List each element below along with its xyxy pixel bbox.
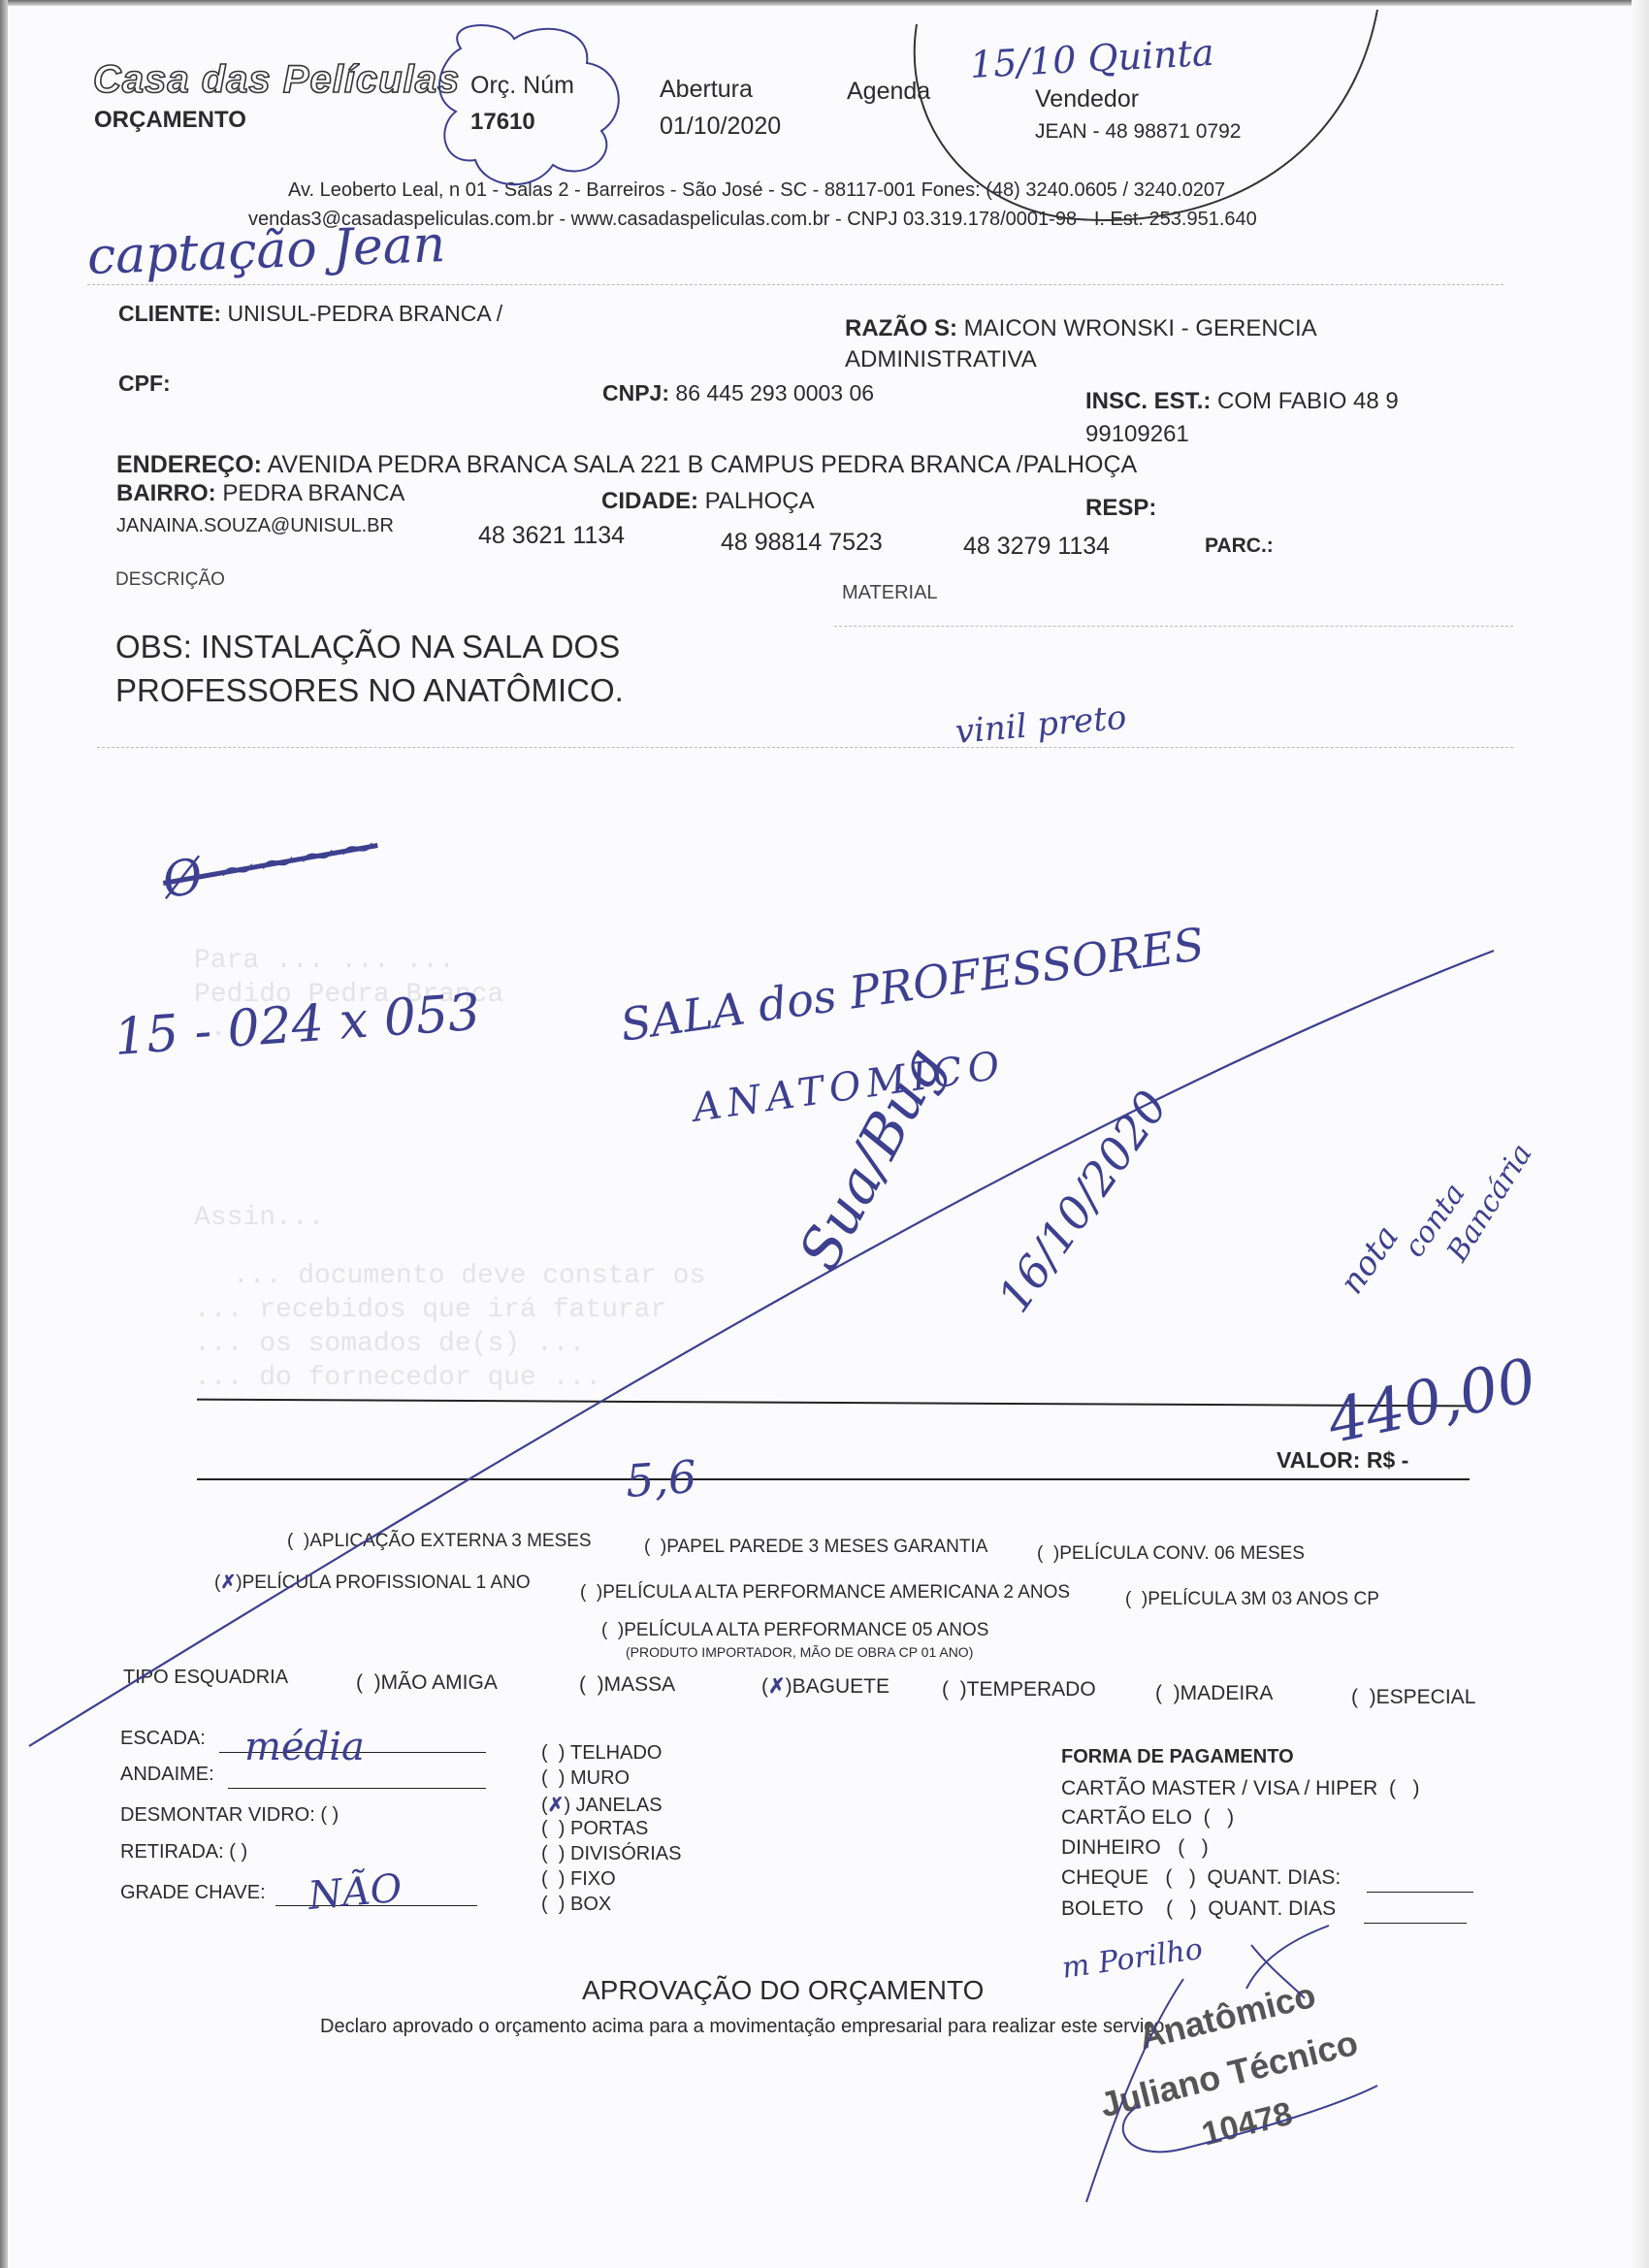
andaime-line[interactable]: [228, 1788, 486, 1789]
approval-title: APROVAÇÃO DO ORÇAMENTO: [582, 1975, 984, 2006]
hand-material: vinil preto: [954, 698, 1128, 752]
option-mao-amiga[interactable]: ( )MÃO AMIGA: [356, 1671, 498, 1695]
option-madeira[interactable]: ( )MADEIRA: [1155, 1682, 1273, 1705]
payment-dinheiro[interactable]: DINHEIRO ( ): [1061, 1836, 1209, 1860]
retirada-row[interactable]: RETIRADA: ( ): [120, 1841, 247, 1863]
material-label: MATERIAL: [842, 582, 938, 604]
option-massa[interactable]: ( )MASSA: [579, 1673, 675, 1697]
check-mark-icon: ✗: [768, 1675, 786, 1698]
option-pelicula-3m[interactable]: ( )PELÍCULA 3M 03 ANOS CP: [1125, 1589, 1379, 1610]
razao-row: RAZÃO S: MAICON WRONSKI - GERENCIA: [845, 315, 1317, 342]
ghost-line: ... recebidos que irá faturar: [194, 1295, 666, 1325]
bairro-value: PEDRA BRANCA: [222, 480, 404, 506]
scan-edge-left: [0, 0, 8, 2268]
cidade-row: CIDADE: PALHOÇA: [601, 488, 815, 515]
abertura-value: 01/10/2020: [660, 113, 781, 141]
option-especial[interactable]: ( )ESPECIAL: [1351, 1686, 1475, 1709]
ghost-line: ... do fornecedor que ...: [194, 1363, 601, 1393]
bairro-label: BAIRRO:: [116, 480, 216, 506]
insc-value: COM FABIO 48 9: [1217, 388, 1399, 414]
hand-scribble: Ø ~~~~: [158, 816, 382, 909]
hand-diag-note-2: 16/10/2020: [987, 1081, 1178, 1321]
hand-escada: média: [244, 1725, 365, 1769]
hand-agenda-note: 15/10 Quinta: [969, 31, 1215, 86]
bairro-row: BAIRRO: PEDRA BRANCA: [116, 480, 404, 507]
client-phone-3: 48 3279 1134: [963, 533, 1110, 561]
ghost-line: Assin...: [194, 1203, 324, 1233]
endereco-label: ENDEREÇO:: [116, 451, 262, 478]
abertura-label: Abertura: [660, 76, 753, 104]
option-alta-performance-americana[interactable]: ( )PELÍCULA ALTA PERFORMANCE AMERICANA 2…: [580, 1582, 1070, 1604]
hand-grade: NÃO: [307, 1866, 404, 1919]
hand-room-2: ANATOMICO: [691, 1043, 1008, 1131]
option-pelicula-profissional[interactable]: (✗)PELÍCULA PROFISSIONAL 1 ANO: [214, 1571, 531, 1594]
cnpj-row: CNPJ: 86 445 293 0003 06: [602, 380, 874, 406]
cliente-value: UNISUL-PEDRA BRANCA /: [227, 301, 502, 326]
client-phone-1: 48 3621 1134: [478, 522, 625, 550]
company-address: Av. Leoberto Leal, n 01 - Salas 2 - Barr…: [288, 179, 1225, 202]
payment-boleto[interactable]: BOLETO ( ) QUANT. DIAS: [1061, 1897, 1336, 1921]
option-alta-performance-05[interactable]: ( )PELÍCULA ALTA PERFORMANCE 05 ANOS: [601, 1620, 988, 1641]
option-portas[interactable]: ( ) PORTAS: [541, 1818, 648, 1840]
option-muro[interactable]: ( ) MURO: [541, 1767, 630, 1790]
orc-num-value: 17610: [470, 109, 535, 136]
insc-label: INSC. EST.:: [1085, 388, 1211, 414]
cnpj-label: CNPJ:: [602, 380, 669, 405]
hand-payment-sign: m Porilho: [1060, 1932, 1205, 1986]
company-logo: Casa das Películas: [93, 58, 460, 102]
pen-strokes: [0, 0, 1649, 2268]
endereco-row: ENDEREÇO: AVENIDA PEDRA BRANCA SALA 221 …: [116, 451, 1137, 479]
approval-text: Declaro aprovado o orçamento acima para …: [320, 2016, 1170, 2038]
vendedor-label: Vendedor: [1035, 85, 1139, 113]
payment-title: FORMA DE PAGAMENTO: [1061, 1746, 1294, 1768]
option-baguete[interactable]: (✗)BAGUETE: [761, 1674, 889, 1699]
scan-edge-top: [0, 0, 1649, 6]
cidade-value: PALHOÇA: [705, 488, 815, 514]
value-line: [197, 1399, 1470, 1408]
ghost-line: ... os somados de(s) ...: [194, 1329, 585, 1359]
boleto-days-line[interactable]: [1364, 1923, 1467, 1924]
agenda-label: Agenda: [847, 78, 930, 106]
option-box[interactable]: ( ) BOX: [541, 1894, 611, 1916]
option-janelas[interactable]: (✗) JANELAS: [541, 1793, 663, 1817]
razao-label: RAZÃO S:: [845, 315, 957, 341]
client-email: JANAINA.SOUZA@UNISUL.BR: [116, 515, 394, 537]
vendedor-value: JEAN - 48 98871 0792: [1035, 120, 1241, 144]
cheque-days-line[interactable]: [1367, 1892, 1473, 1893]
escada-label: ESCADA:: [120, 1728, 206, 1750]
cnpj-value: 86 445 293 0003 06: [675, 380, 874, 405]
esquadria-label: TIPO ESQUADRIA: [123, 1667, 288, 1689]
endereco-value: AVENIDA PEDRA BRANCA SALA 221 B CAMPUS P…: [268, 451, 1138, 478]
grade-label: GRADE CHAVE:: [120, 1882, 266, 1904]
option-telhado[interactable]: ( ) TELHADO: [541, 1742, 662, 1765]
ghost-line: Para ... ... ...: [194, 946, 455, 976]
divider: [87, 284, 1503, 285]
razao-value-2: ADMINISTRATIVA: [845, 346, 1037, 373]
option-papel-parede[interactable]: ( )PAPEL PAREDE 3 MESES GARANTIA: [644, 1537, 987, 1558]
ghost-line: ... documento deve constar os: [233, 1261, 705, 1291]
cliente-label: CLIENTE:: [118, 301, 221, 326]
obs-line-1: OBS: INSTALAÇÃO NA SALA DOS: [115, 629, 620, 665]
cpf-label: CPF:: [118, 371, 171, 397]
hand-value: 440,00: [1321, 1345, 1541, 1458]
stamp-line-3: 10478: [1198, 2095, 1296, 2155]
andaime-label: ANDAIME:: [120, 1764, 214, 1786]
hand-captacao: captação Jean: [86, 215, 446, 286]
divider: [834, 626, 1513, 627]
desmontar-row[interactable]: DESMONTAR VIDRO: ( ): [120, 1804, 339, 1827]
client-phone-2: 48 98814 7523: [721, 529, 883, 557]
payment-cartao-master[interactable]: CARTÃO MASTER / VISA / HIPER ( ): [1061, 1777, 1420, 1800]
option-divisorias[interactable]: ( ) DIVISÓRIAS: [541, 1843, 681, 1865]
payment-cheque[interactable]: CHEQUE ( ) QUANT. DIAS:: [1061, 1866, 1341, 1890]
insc-value-2: 99109261: [1085, 421, 1189, 448]
divider: [97, 747, 1513, 748]
option-pelicula-conv[interactable]: ( )PELÍCULA CONV. 06 MESES: [1037, 1543, 1305, 1565]
hand-area: 5,6: [624, 1450, 698, 1507]
option-fixo[interactable]: ( ) FIXO: [541, 1868, 616, 1891]
hand-room: SALA dos PROFESSORES: [617, 918, 1208, 1052]
cidade-label: CIDADE:: [601, 488, 698, 514]
resp-label: RESP:: [1085, 495, 1156, 522]
quote-document: Para ... ... ... Pedido Pedra Branca ...…: [0, 0, 1649, 2268]
payment-cartao-elo[interactable]: CARTÃO ELO ( ): [1061, 1806, 1234, 1830]
hand-measure: 15 - 024 x 053: [113, 984, 482, 1067]
insc-row: INSC. EST.: COM FABIO 48 9: [1085, 388, 1399, 415]
hand-nota-1: nota: [1333, 1218, 1407, 1301]
razao-value: MAICON WRONSKI - GERENCIA: [964, 315, 1317, 341]
check-mark-icon: ✗: [220, 1572, 236, 1593]
descricao-label: DESCRIÇÃO: [115, 569, 225, 591]
option-aplicacao-externa[interactable]: ( )APLICAÇÃO EXTERNA 3 MESES: [287, 1531, 592, 1552]
cloud-outline-icon: [439, 25, 619, 184]
client-row: CLIENTE: UNISUL-PEDRA BRANCA /: [118, 301, 502, 327]
parc-label: PARC.:: [1205, 535, 1274, 558]
alta-performance-note: (PRODUTO IMPORTADOR, MÃO DE OBRA CP 01 A…: [626, 1644, 973, 1660]
value-line: [197, 1478, 1470, 1480]
orc-num-label: Orç. Núm: [470, 72, 574, 100]
obs-line-2: PROFESSORES NO ANATÔMICO.: [115, 672, 624, 709]
scan-edge-right: [1632, 0, 1649, 2268]
check-mark-icon: ✗: [548, 1795, 565, 1816]
option-temperado[interactable]: ( )TEMPERADO: [942, 1678, 1096, 1701]
doc-type-title: ORÇAMENTO: [94, 107, 246, 134]
